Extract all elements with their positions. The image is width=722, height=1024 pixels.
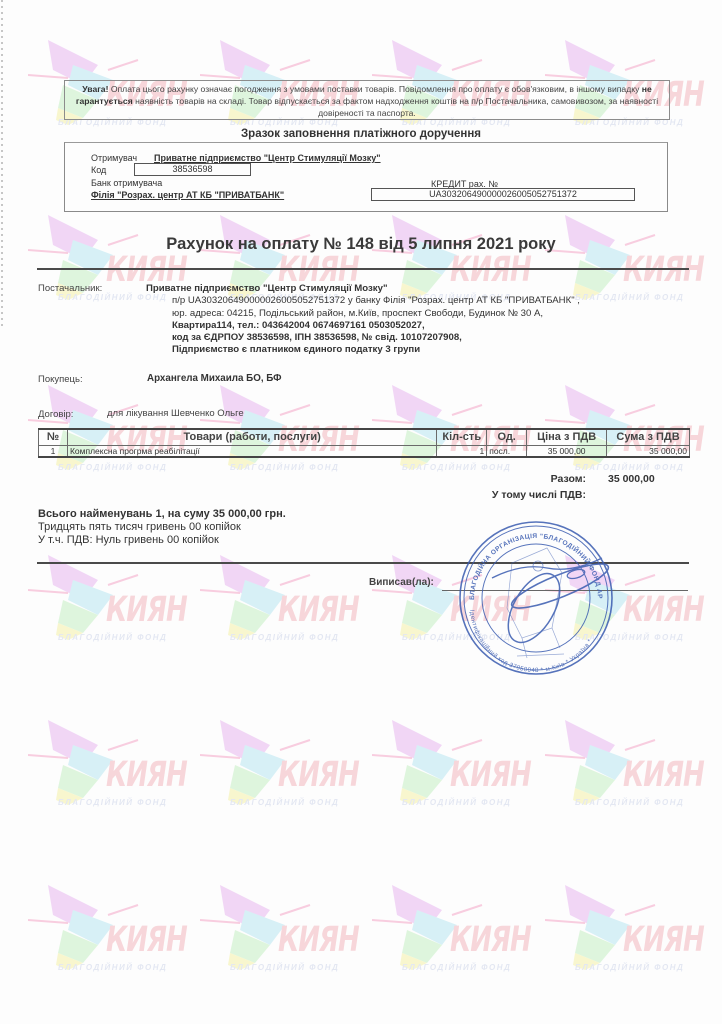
watermark-subtitle: БЛАГОДІЙНИЙ ФОНД — [58, 963, 167, 972]
col-quantity: Кіл-сть — [437, 429, 487, 445]
col-price: Ціна з ПДВ — [527, 429, 607, 445]
col-unit: Од. — [487, 429, 527, 445]
cell-unit: посл. — [487, 445, 527, 457]
watermark-subtitle: БЛАГОДІЙНИЙ ФОНД — [230, 633, 339, 642]
watermark-name: КИЯН — [623, 755, 704, 796]
items-table: № Товари (работи, послуги) Кіл-сть Од. Ц… — [38, 428, 690, 458]
watermark-subtitle: БЛАГОДІЙНИЙ ФОНД — [58, 633, 167, 642]
buyer-label: Покупець: — [38, 374, 83, 385]
watermark-logo: КИЯНБЛАГОДІЙНИЙ ФОНД — [28, 710, 178, 810]
watermark-name: КИЯН — [623, 920, 704, 961]
cell-quantity: 1 — [437, 445, 487, 457]
supplier-tax-status: Підприємство є платником єдиного податку… — [147, 344, 580, 356]
organization-stamp: БЛАГОДІЙНА ОРГАНІЗАЦІЯ "БЛАГОДІЙНИЙ ФОНД… — [452, 508, 616, 678]
bank-label: Банк отримувача — [91, 178, 162, 188]
summary-count: Всього найменувань 1, на суму 35 000,00 … — [38, 508, 286, 521]
col-sum: Сума з ПДВ — [607, 429, 690, 445]
col-number: № — [39, 429, 68, 445]
notice-text-1: Оплата цього рахунку означає погодження … — [108, 84, 641, 94]
watermark-name: КИЯН — [278, 920, 359, 961]
watermark-subtitle: БЛАГОДІЙНИЙ ФОНД — [230, 963, 339, 972]
code-field: 38536598 — [134, 163, 251, 176]
watermark-name: КИЯН — [278, 755, 359, 796]
total-value: 35 000,00 — [608, 473, 655, 485]
watermark-name: КИЯН — [106, 755, 187, 796]
watermark-subtitle: БЛАГОДІЙНИЙ ФОНД — [402, 963, 511, 972]
supplier-label: Постачальник: — [38, 283, 102, 294]
watermark-subtitle: БЛАГОДІЙНИЙ ФОНД — [575, 963, 684, 972]
invoice-summary: Всього найменувань 1, на суму 35 000,00 … — [38, 508, 286, 547]
cell-sum: 35 000,00 — [607, 445, 690, 457]
supplier-details: Приватне підприємство "Центр Стимуляції … — [147, 283, 580, 357]
contract-value: для лікування Шевченко Ольге — [107, 408, 244, 419]
watermark-name: КИЯН — [106, 920, 187, 961]
vat-label: У тому числі ПДВ: — [492, 489, 586, 501]
title-divider — [37, 268, 689, 270]
watermark-logo: КИЯНБЛАГОДІЙНИЙ ФОНД — [545, 875, 695, 975]
bank-value: Філія "Розрах. центр АТ КБ "ПРИВАТБАНК" — [91, 190, 284, 200]
supplier-name: Приватне підприємство "Центр Стимуляції … — [146, 283, 580, 295]
cell-goods: Комплексна прогрма реабілітації — [67, 445, 436, 457]
watermark-logo: КИЯНБЛАГОДІЙНИЙ ФОНД — [372, 710, 522, 810]
col-goods: Товари (работи, послуги) — [67, 429, 436, 445]
watermark-logo: КИЯНБЛАГОДІЙНИЙ ФОНД — [28, 875, 178, 975]
issued-by-label: Виписав(ла): — [369, 577, 434, 588]
supplier-codes: код за ЄДРПОУ 38536598, ІПН 38536598, № … — [147, 332, 580, 344]
watermark-logo: КИЯНБЛАГОДІЙНИЙ ФОНД — [545, 375, 695, 475]
supplier-address: юр. адреса: 04215, Подільський район, м.… — [147, 308, 580, 320]
summary-amount-words: Тридцять пять тисяч гривень 00 копійок — [38, 521, 286, 534]
notice-text-2: наявність товарів на складі. Товар відпу… — [133, 96, 658, 118]
watermark-logo: КИЯНБЛАГОДІЙНИЙ ФОНД — [28, 545, 178, 645]
watermark-logo: КИЯНБЛАГОДІЙНИЙ ФОНД — [200, 710, 350, 810]
notice-lead: Увага! — [82, 84, 108, 94]
payment-sample-box: Отримувач Приватне підприємство "Центр С… — [64, 142, 668, 212]
watermark-logo: КИЯНБЛАГОДІЙНИЙ ФОНД — [372, 375, 522, 475]
watermark-name: КИЯН — [623, 250, 704, 291]
watermark-subtitle: БЛАГОДІЙНИЙ ФОНД — [58, 798, 167, 807]
cell-price: 35 000,00 — [527, 445, 607, 457]
invoice-page: КИЯНБЛАГОДІЙНИЙ ФОНДКИЯНБЛАГОДІЙНИЙ ФОНД… — [0, 0, 722, 1024]
watermark-logo: КИЯНБЛАГОДІЙНИЙ ФОНД — [545, 710, 695, 810]
watermark-name: КИЯН — [278, 590, 359, 631]
contract-label: Договір: — [38, 409, 73, 420]
invoice-title: Рахунок на оплату № 148 від 5 липня 2021… — [0, 235, 722, 254]
payment-notice: Увага! Оплата цього рахунку означає пого… — [64, 80, 670, 120]
total-label: Разом: — [551, 473, 586, 485]
watermark-subtitle: БЛАГОДІЙНИЙ ФОНД — [402, 463, 511, 472]
cell-number: 1 — [39, 445, 68, 457]
supplier-account: п/р UA303206490000026005052751372 у банк… — [147, 295, 580, 307]
watermark-logo: КИЯНБЛАГОДІЙНИЙ ФОНД — [200, 375, 350, 475]
watermark-name: КИЯН — [450, 755, 531, 796]
watermark-name: КИЯН — [106, 590, 187, 631]
watermark-logo: КИЯНБЛАГОДІЙНИЙ ФОНД — [28, 375, 178, 475]
watermark-name: КИЯН — [450, 920, 531, 961]
watermark-logo: КИЯНБЛАГОДІЙНИЙ ФОНД — [200, 875, 350, 975]
watermark-subtitle: БЛАГОДІЙНИЙ ФОНД — [575, 463, 684, 472]
watermark-subtitle: БЛАГОДІЙНИЙ ФОНД — [575, 293, 684, 302]
watermark-subtitle: БЛАГОДІЙНИЙ ФОНД — [402, 798, 511, 807]
code-label: Код — [91, 165, 106, 175]
svg-text:Ідентифікаційний код 37950048: Ідентифікаційний код 37950048 * м.Київ *… — [468, 610, 594, 674]
payment-sample-title: Зразок заповнення платіжного доручення — [0, 128, 722, 140]
stamp-seal-icon: БЛАГОДІЙНА ОРГАНІЗАЦІЯ "БЛАГОДІЙНИЙ ФОНД… — [452, 508, 616, 678]
watermark-subtitle: БЛАГОДІЙНИЙ ФОНД — [58, 463, 167, 472]
watermark-subtitle: БЛАГОДІЙНИЙ ФОНД — [230, 798, 339, 807]
items-table-header: № Товари (работи, послуги) Кіл-сть Од. Ц… — [39, 429, 690, 445]
buyer-value: Архангела Михаила БО, БФ — [147, 373, 282, 384]
watermark-name: КИЯН — [623, 590, 704, 631]
recipient-value: Приватне підприємство "Центр Стимуляції … — [154, 153, 381, 163]
watermark-subtitle: БЛАГОДІЙНИЙ ФОНД — [230, 463, 339, 472]
scan-artifact-edge — [1, 0, 3, 330]
credit-account-field: UA303206490000026005052751372 — [371, 188, 635, 201]
summary-vat-words: У т.ч. ПДВ: Нуль гривень 00 копійок — [38, 534, 286, 547]
watermark-logo: КИЯНБЛАГОДІЙНИЙ ФОНД — [372, 875, 522, 975]
watermark-logo: КИЯНБЛАГОДІЙНИЙ ФОНД — [200, 545, 350, 645]
recipient-label: Отримувач — [91, 153, 137, 163]
watermark-subtitle: БЛАГОДІЙНИЙ ФОНД — [575, 798, 684, 807]
supplier-phones: Квартира114, тел.: 043642004 0674697161 … — [147, 320, 580, 332]
table-row: 1 Комплексна прогрма реабілітації 1 посл… — [39, 445, 690, 457]
